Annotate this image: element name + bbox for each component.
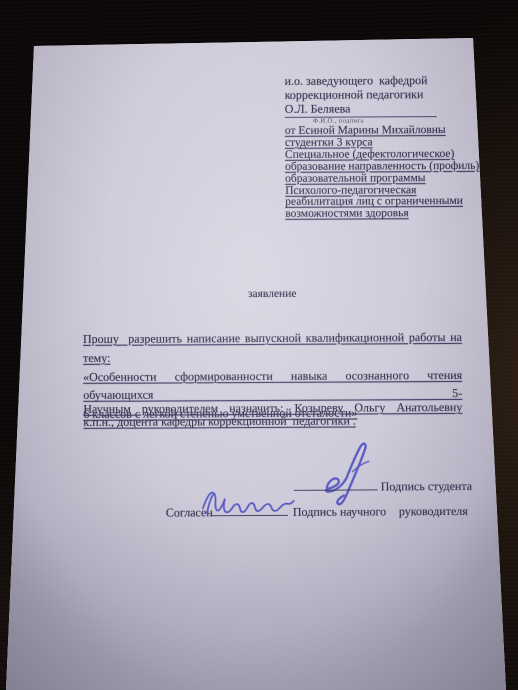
addressee-name-line: О.Л. Беляева bbox=[285, 101, 437, 118]
request-line: Прошу разрешить написание выпускной квал… bbox=[83, 328, 462, 368]
addressee-line: коррекционной педагогики bbox=[285, 87, 469, 102]
photo-background: и.о. заведующего кафедрой коррекционной … bbox=[0, 0, 518, 690]
applicant-line: возможностями здоровья bbox=[285, 208, 471, 221]
addressee-name: О.Л. Беляева bbox=[285, 102, 351, 116]
applicant-block: от Есиной Марины Михайловны студентки 3 … bbox=[285, 125, 471, 221]
supervisor-paragraph: Научным руководителем назначить: Козырев… bbox=[83, 401, 462, 430]
application-document: и.о. заведующего кафедрой коррекционной … bbox=[0, 0, 518, 690]
supervisor-signature-caption2: руководителя bbox=[399, 504, 468, 519]
supervisor-signature-line bbox=[210, 503, 288, 516]
student-signature-caption: Подпись студента bbox=[381, 479, 472, 494]
supervisor-signature-caption: Подпись научного bbox=[293, 504, 386, 519]
addressee-block: и.о. заведующего кафедрой коррекционной … bbox=[285, 73, 469, 126]
student-signature-line bbox=[294, 477, 378, 490]
supervisor-line: к.п.н., доцента кафедры коррекционной пе… bbox=[83, 414, 462, 429]
document-title: заявление bbox=[83, 287, 462, 301]
addressee-line: и.о. заведующего кафедрой bbox=[285, 73, 469, 88]
paper-sheet: и.о. заведующего кафедрой коррекционной … bbox=[0, 0, 518, 690]
request-line: «Особенности сформированности навыка осо… bbox=[83, 366, 462, 406]
student-signature bbox=[312, 437, 390, 509]
